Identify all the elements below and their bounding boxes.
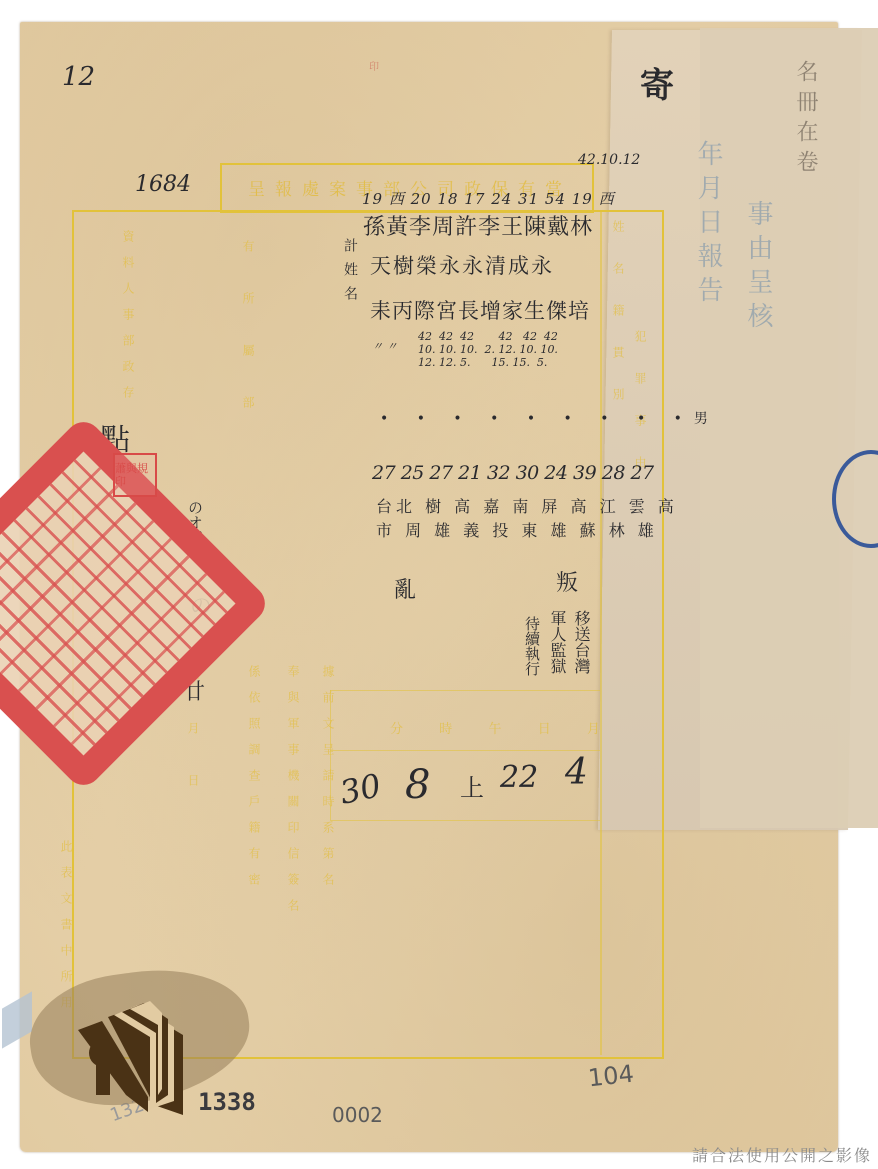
stamp-number: 1338 <box>198 1088 256 1116</box>
date-stamp: 42.10.12 <box>578 152 640 168</box>
printed-label-bottom: 奉與軍事機關印信簽名 <box>285 665 302 925</box>
given-names-row-2: 耒丙際宮長增家生傑培 <box>370 295 590 325</box>
charge-2: 叛 <box>556 566 578 597</box>
pencil-page: 104 <box>587 1060 635 1093</box>
printed-label-right: 姓名籍貫別 <box>610 220 627 430</box>
usage-notice: 請合法使用公開之影像 <box>692 1143 872 1166</box>
page-number: 12 <box>62 62 95 92</box>
dates-block: 42 42 42 42 42 42 10. 10. 10. 2. 12. 10.… <box>418 330 558 369</box>
slip-faint-writing: 年月日報告 <box>690 140 727 310</box>
archive-keyhole-book-icon <box>78 985 188 1115</box>
remark-3: 待續執行 <box>522 616 543 676</box>
ages-row: 19 西 20 18 17 24 31 54 19 西 <box>362 188 615 209</box>
remark-1: 移送台灣 <box>570 610 593 674</box>
printed-label-left: 資料人事部政存 <box>120 230 137 412</box>
charge-1: 亂 <box>394 573 416 604</box>
origin-row-1: 台北 樹 高 嘉 南 屏 高 江 雲 高 <box>376 494 678 517</box>
origin-row-2: 市 周 雄 義 投 東 雄 蘇 林 雄 <box>376 518 658 541</box>
surnames-row: 孫黃李周許李王陳戴林 <box>363 210 593 241</box>
time-hour: 8 <box>405 762 430 808</box>
remark-2: 軍人監獄 <box>546 610 569 674</box>
form-line <box>600 210 602 1055</box>
given-names-row-1: 天樹榮永永清成永 <box>370 250 554 280</box>
form-line <box>330 690 600 691</box>
printed-label-bottom: 據前文呈請時系第名 <box>320 665 337 899</box>
printed-label-bottom: 係依照調查戶籍有密 <box>246 665 263 899</box>
time-period: 上 <box>460 768 484 803</box>
pencil-number: 0002 <box>332 1103 383 1127</box>
top-right-mark: 寄 <box>640 58 674 107</box>
time-day: 22 <box>500 760 538 795</box>
form-line <box>330 750 600 751</box>
name-label: 計姓名 <box>340 238 360 310</box>
age-numbers: 27 25 27 21 32 30 24 39 28 27 <box>372 462 654 484</box>
form-line <box>330 820 600 821</box>
top-seal-icon: 印 <box>362 62 386 92</box>
printed-label-col: 有所屬部 <box>240 240 257 448</box>
small-red-seal-icon: 蕭與規印 <box>113 453 157 497</box>
time-header-row: 分 時 午 日 月 <box>390 718 600 737</box>
gender-dots: • • • • • • • • •男 <box>380 408 720 428</box>
slip-faint-writing: 名冊在卷 <box>790 60 821 180</box>
form-number: 1684 <box>135 172 191 197</box>
time-month: 4 <box>565 752 588 793</box>
slip-faint-writing: 事由呈核 <box>740 200 777 336</box>
ditto-marks: 〃 〃 <box>372 338 398 354</box>
